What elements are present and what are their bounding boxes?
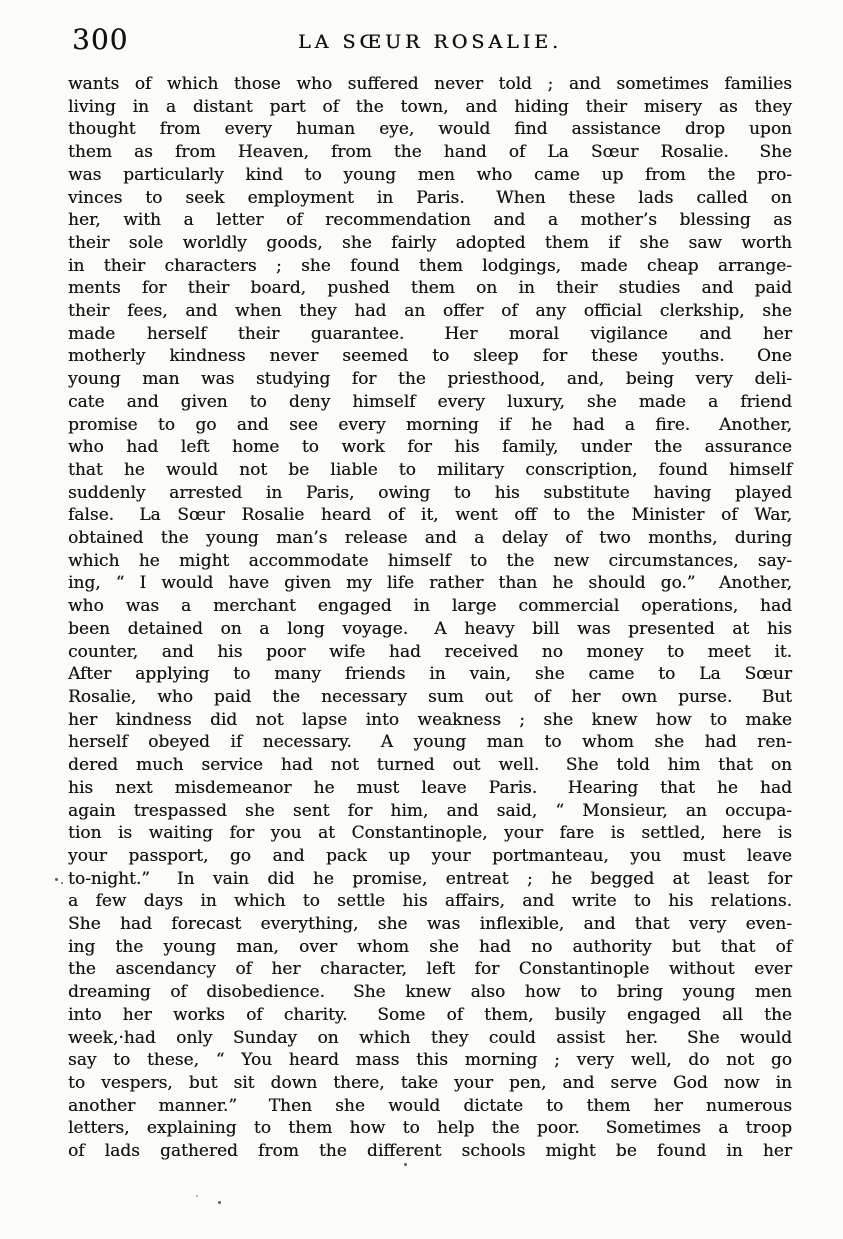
text-line: ments for their board, pushed them on in…: [68, 277, 792, 300]
running-title: LA SŒUR ROSALIE.: [68, 31, 792, 53]
text-line: which he might accommodate himself to th…: [68, 550, 792, 573]
text-line: ing, “ I would have given my life rather…: [68, 572, 792, 595]
page-header: 300 LA SŒUR ROSALIE.: [68, 24, 792, 64]
text-line: her kindness did not lapse into weakness…: [68, 709, 792, 732]
text-line: tion is waiting for you at Constantinopl…: [68, 822, 792, 845]
text-line: her, with a letter of recommendation and…: [68, 209, 792, 232]
ink-speck: [55, 878, 58, 881]
text-line: your passport, go and pack up your portm…: [68, 845, 792, 868]
text-line: their fees, and when they had an offer o…: [68, 300, 792, 323]
text-line: obtained the young man’s release and a d…: [68, 527, 792, 550]
text-line: motherly kindness never seemed to sleep …: [68, 345, 792, 368]
text-line: week,·had only Sunday on which they coul…: [68, 1027, 792, 1050]
text-line: another manner.” Then she would dictate …: [68, 1095, 792, 1118]
text-line: again trespassed she sent for him, and s…: [68, 800, 792, 823]
text-line: dered much service had not turned out we…: [68, 754, 792, 777]
text-line: them as from Heaven, from the hand of La…: [68, 141, 792, 164]
book-page: 300 LA SŒUR ROSALIE. wants of which thos…: [0, 0, 843, 1239]
text-line: false. La Sœur Rosalie heard of it, went…: [68, 504, 792, 527]
text-line: to-night.” In vain did he promise, entre…: [68, 868, 792, 891]
text-line: Rosalie, who paid the necessary sum out …: [68, 686, 792, 709]
text-line: who had left home to work for his family…: [68, 436, 792, 459]
text-line: say to these, “ You heard mass this morn…: [68, 1049, 792, 1072]
text-line: letters, explaining to them how to help …: [68, 1117, 792, 1140]
text-line: vinces to seek employment in Paris. When…: [68, 187, 792, 210]
text-line: his next misdemeanor he must leave Paris…: [68, 777, 792, 800]
text-line: wants of which those who suffered never …: [68, 73, 792, 96]
text-line: cate and given to deny himself every lux…: [68, 391, 792, 414]
text-line: young man was studying for the priesthoo…: [68, 368, 792, 391]
text-line: ing the young man, over whom she had no …: [68, 936, 792, 959]
text-line: thought from every human eye, would find…: [68, 118, 792, 141]
ink-speck: [61, 882, 63, 884]
body-text: wants of which those who suffered never …: [68, 73, 792, 1163]
text-line: She had forecast everything, she was inf…: [68, 913, 792, 936]
text-line: counter, and his poor wife had received …: [68, 641, 792, 664]
text-line: After applying to many friends in vain, …: [68, 663, 792, 686]
text-line: who was a merchant engaged in large comm…: [68, 595, 792, 618]
text-line: living in a distant part of the town, an…: [68, 96, 792, 119]
text-line: that he would not be liable to military …: [68, 459, 792, 482]
text-line: of lads gathered from the different scho…: [68, 1140, 792, 1163]
ink-speck: [196, 1195, 198, 1197]
ink-speck: [218, 1201, 221, 1204]
text-line: was particularly kind to young men who c…: [68, 164, 792, 187]
text-line: dreaming of disobedience. She knew also …: [68, 981, 792, 1004]
text-line: their sole worldly goods, she fairly ado…: [68, 232, 792, 255]
ink-speck: [404, 1163, 407, 1166]
text-line: into her works of charity. Some of them,…: [68, 1004, 792, 1027]
text-line: made herself their guarantee. Her moral …: [68, 323, 792, 346]
text-line: to vespers, but sit down there, take you…: [68, 1072, 792, 1095]
text-line: in their characters ; she found them lod…: [68, 255, 792, 278]
text-line: a few days in which to settle his affair…: [68, 890, 792, 913]
text-line: suddenly arrested in Paris, owing to his…: [68, 482, 792, 505]
text-line: been detained on a long voyage. A heavy …: [68, 618, 792, 641]
text-line: herself obeyed if necessary. A young man…: [68, 731, 792, 754]
text-line: promise to go and see every morning if h…: [68, 414, 792, 437]
text-line: the ascendancy of her character, left fo…: [68, 958, 792, 981]
